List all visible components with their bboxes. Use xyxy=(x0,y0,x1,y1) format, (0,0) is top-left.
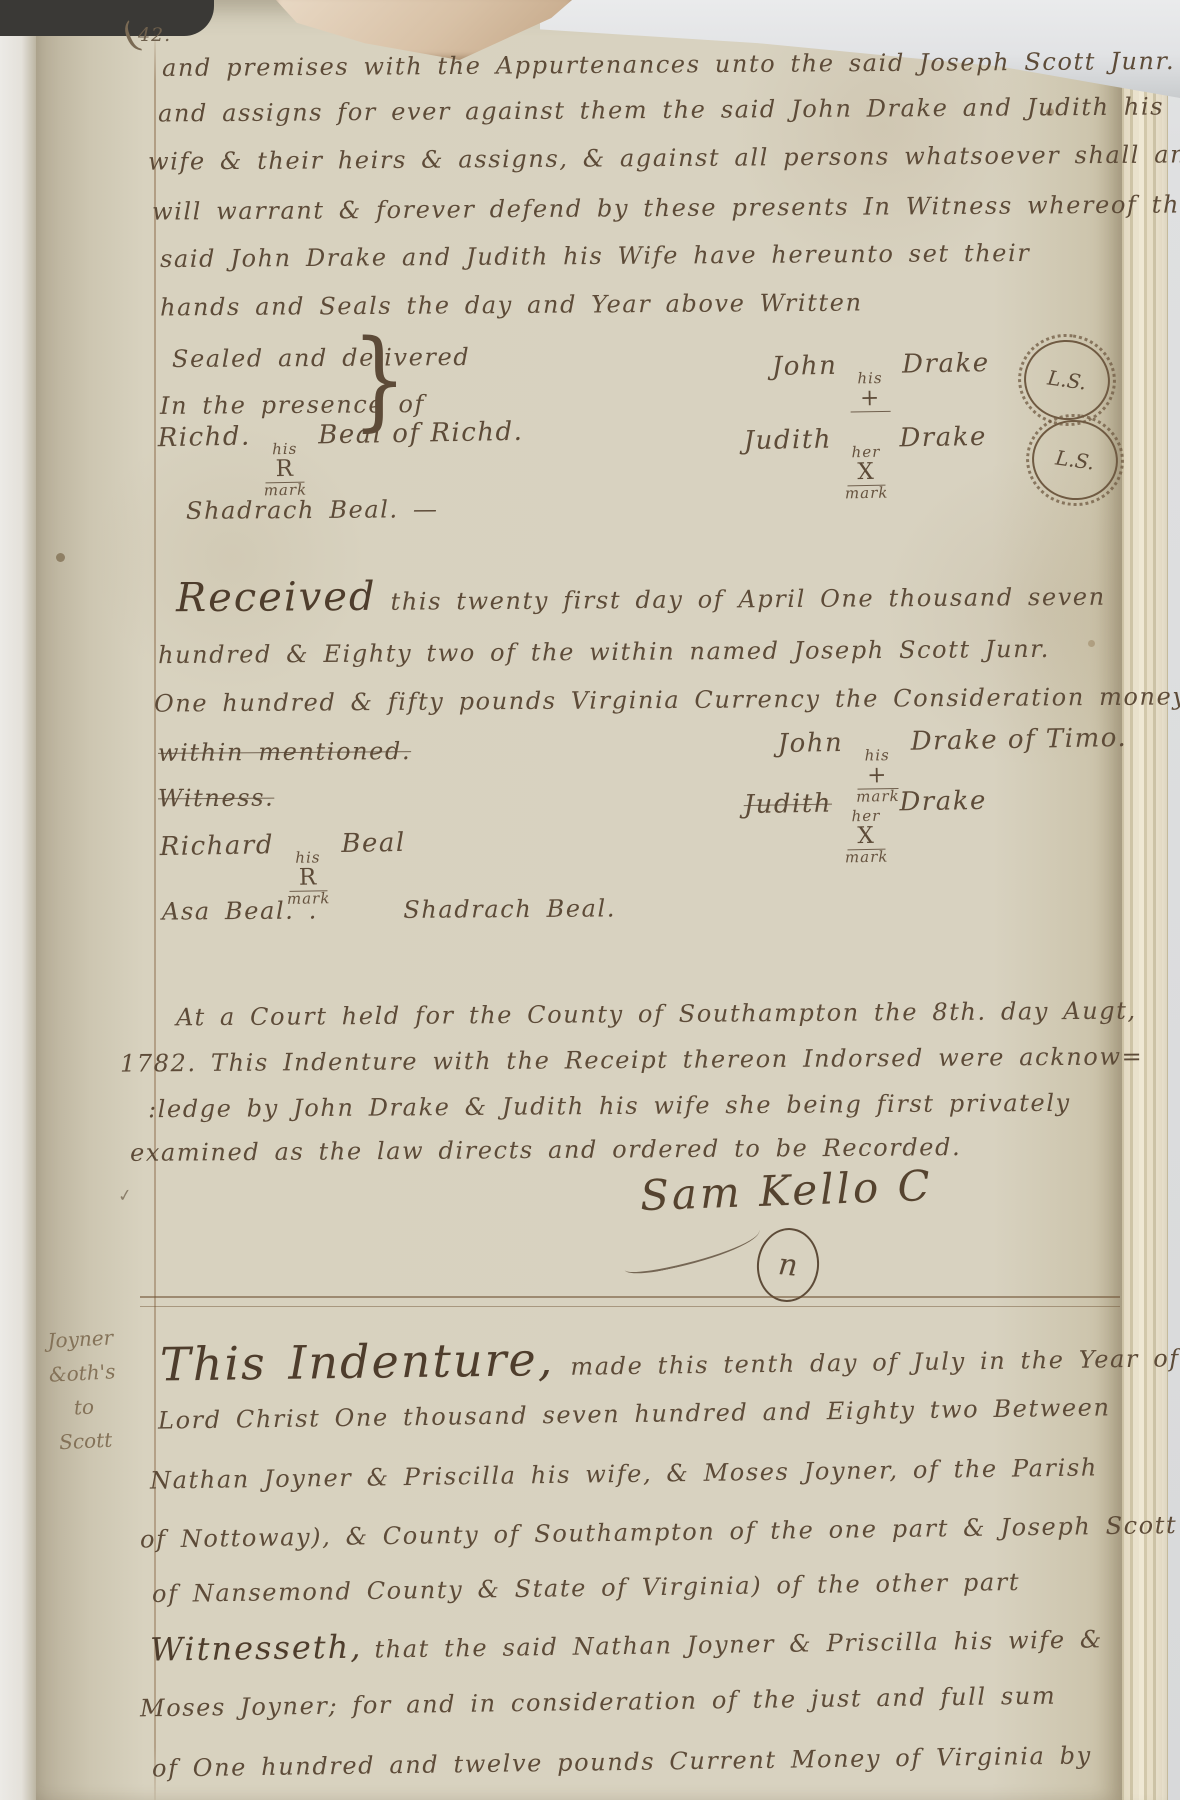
signer-name: Judith xyxy=(743,789,832,821)
witness-signature-richard-beal: Richard his R mark Beal xyxy=(159,828,406,899)
indenture-opening-rest: made this tenth day of July in the Year … xyxy=(570,1343,1180,1380)
indenture-opening-words: This Indenture, xyxy=(160,1332,555,1392)
receipt-opening-line: Received this twenty first day of April … xyxy=(176,569,1106,621)
page-number: 42. xyxy=(138,24,171,46)
signature-judith-drake: Judith her X mark Drake xyxy=(743,422,987,493)
receipt-opening-word: Received xyxy=(176,574,377,621)
margin-note-line: Joyner xyxy=(25,1319,137,1359)
witness-name: Richard xyxy=(159,830,274,862)
his-mark: his R mark xyxy=(263,442,307,499)
certification-line: examined as the law directs and ordered … xyxy=(130,1133,961,1167)
entry-separator-rule xyxy=(140,1296,1120,1307)
signer-name: John xyxy=(772,351,838,382)
manuscript-line: within mentioned. xyxy=(158,737,411,767)
receipt-opening-rest: this twenty first day of April One thous… xyxy=(390,583,1105,616)
signer-name: John xyxy=(777,728,843,759)
shadow-corner xyxy=(0,0,214,36)
ink-speck xyxy=(1088,640,1095,647)
witness-name: Richd. xyxy=(157,422,251,454)
witnesseth-word: Witnesseth, xyxy=(150,1628,363,1669)
his-mark: his + xyxy=(849,371,890,413)
ink-speck xyxy=(56,553,65,562)
receipt-signature-john-drake: John his + mark Drake of Timo. xyxy=(777,723,1128,796)
signer-surname: Drake xyxy=(902,348,990,380)
her-mark: her X mark xyxy=(844,809,888,866)
attestation-sealed-line: Sealed and delivered xyxy=(172,343,471,373)
manuscript-line: Witness. xyxy=(158,784,274,813)
signer-surname: Drake xyxy=(899,786,987,818)
receipt-signature-judith-drake: Judith her X mark Drake xyxy=(743,786,987,857)
manuscript-photo: ( 42. ✓ and premises with the Appurtenan… xyxy=(0,0,1180,1800)
witness-signature-richard-beal: Richd. his R mark Beal of Richd. xyxy=(157,417,524,490)
margin-note-parties: Joyner &oth's to Scott xyxy=(25,1319,142,1461)
margin-note-line: to xyxy=(28,1387,140,1427)
witness-signature-shadrach-beal: Shadrach Beal. — xyxy=(186,495,439,525)
facing-page-edge xyxy=(0,0,36,1800)
margin-note-line: Scott xyxy=(30,1421,142,1461)
check-mark: ✓ xyxy=(117,1185,134,1207)
witness-name: Beal xyxy=(341,828,406,859)
her-mark: her X mark xyxy=(844,445,888,502)
signer-name: Judith xyxy=(743,425,832,457)
signer-surname: Drake of Timo. xyxy=(910,723,1127,757)
margin-note-line: &oth's xyxy=(26,1353,138,1393)
witness-name: Beal of Richd. xyxy=(318,417,524,451)
clerk-signature: Sam Kello C xyxy=(639,1161,933,1220)
signature-john-drake: John his + Drake xyxy=(772,348,991,404)
signer-surname: Drake xyxy=(899,422,987,454)
witness-signature-asa-shadrach: Asa Beal. . Shadrach Beal. xyxy=(162,894,616,925)
manuscript-line: hands and Seals the day and Year above W… xyxy=(160,289,863,322)
